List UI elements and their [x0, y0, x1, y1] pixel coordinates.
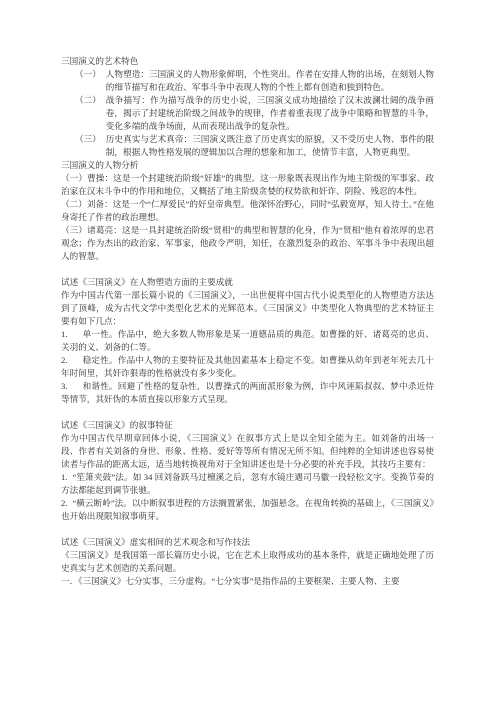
- document-page: 三国演义的艺术特色 （一） 人物塑造：三国演义的人物形象鲜明，个性突出。作者在安…: [0, 0, 496, 702]
- list-text: “笙箫夹鼓”法。如 34 回刘备跃马过檀溪之后，忽有水镜庄遇司马徽一段轻松文字。…: [61, 472, 434, 495]
- list-text: 人物塑造：三国演义的人物形象鲜明，个性突出。作者在安排人物的出场，在刻划人物的细…: [106, 68, 434, 94]
- list-marker: （三）: [75, 133, 101, 159]
- list-text: 稳定性。作品中人物的主要特征及其他因素基本上稳定不变。如曹操从幼年到老年死去几十…: [61, 355, 434, 378]
- list-item: 1.“笙箫夹鼓”法。如 34 回刘备跃马过檀溪之后，忽有水镜庄遇司马徽一段轻松文…: [61, 471, 434, 497]
- paragraph: 作为中国古代第一部长篇小说的《三国演义》，一出世便将中国古代小说类型化的人物塑造…: [61, 289, 434, 328]
- list-marker: 3.: [61, 381, 67, 391]
- list-marker: 1.: [61, 472, 67, 482]
- section-heading: 试述《三国演义》的叙事特征: [61, 419, 434, 432]
- list-item: （一） 人物塑造：三国演义的人物形象鲜明，个性突出。作者在安排人物的出场，在刻划…: [61, 68, 434, 94]
- list-marker: 2.: [61, 498, 67, 508]
- list-marker: 2.: [61, 355, 67, 365]
- list-item: （二） 战争描写：作为描写战争的历史小说，三国演义成功地描绘了汉末波澜壮阔的战争…: [61, 94, 434, 133]
- paragraph: 作为中国古代早期章回体小说，《三国演义》在叙事方式上是以全知全能为主。如刘备的出…: [61, 432, 434, 471]
- list-text: 单一性。作品中，绝大多数人物形象是某一道德品质的典范。如曹操的奸、诸葛亮的忠贞、…: [61, 329, 434, 352]
- paragraph: 《三国演义》是我国第一部长篇历史小说，它在艺术上取得成功的基本条件，就是正确地处…: [61, 549, 434, 575]
- section-heading: 三国演义的艺术特色: [61, 55, 434, 68]
- paragraph: （三）诸葛亮：这是一具封建统治阶级“贤相”的典型和智慧的化身，作为“贤相”他有着…: [61, 224, 434, 263]
- section-heading: 试述《三国演义》在人物塑造方面的主要成就: [61, 276, 434, 289]
- section-heading: 三国演义的人物分析: [61, 159, 434, 172]
- list-marker: （二）: [75, 94, 101, 133]
- list-marker: 1.: [61, 329, 67, 339]
- list-marker: （一）: [75, 68, 101, 94]
- paragraph: 一．《三国演义》七分实事，三分虚构。“七分实事”是指作品的主要框架、主要人物、主…: [61, 575, 434, 588]
- paragraph: （一）曹操：这是一个封建统治阶级“奸雄”的典型。这一形象既表现出作为地主阶级的军…: [61, 172, 434, 198]
- list-item: 2.“横云断岭”法。以中断叙事进程的方法搁置紧张，加强悬念。在视角转换的基础上，…: [61, 497, 434, 523]
- list-text: 和谐性。回避了性格的复杂性，以曹操式的两面派形象为例，诈中风诬陷叔叔、梦中杀近侍…: [61, 381, 434, 404]
- list-text: 战争描写：作为描写战争的历史小说，三国演义成功地描绘了汉末波澜壮阔的战争画卷，揭…: [106, 94, 434, 133]
- paragraph: （二）刘备：这是一个“仁厚爱民”的好皇帝典型。他深怀治野心，同时“弘毅宽厚，知人…: [61, 198, 434, 224]
- list-item: 2.稳定性。作品中人物的主要特征及其他因素基本上稳定不变。如曹操从幼年到老年死去…: [61, 354, 434, 380]
- list-text: 历史真实与艺术真帝：三国演义既注意了历史真实的原貌，又不受历史人物、事件的限制，…: [106, 133, 434, 159]
- list-text: “横云断岭”法。以中断叙事进程的方法搁置紧张，加强悬念。在视角转换的基础上，《三…: [61, 498, 434, 521]
- list-item: （三） 历史真实与艺术真帝：三国演义既注意了历史真实的原貌，又不受历史人物、事件…: [61, 133, 434, 159]
- list-item: 3.和谐性。回避了性格的复杂性，以曹操式的两面派形象为例，诈中风诬陷叔叔、梦中杀…: [61, 380, 434, 406]
- section-heading: 试述《三国演义》虚实相间的艺术观念和写作技法: [61, 536, 434, 549]
- document-content: 三国演义的艺术特色 （一） 人物塑造：三国演义的人物形象鲜明，个性突出。作者在安…: [0, 0, 496, 588]
- list-item: 1.单一性。作品中，绝大多数人物形象是某一道德品质的典范。如曹操的奸、诸葛亮的忠…: [61, 328, 434, 354]
